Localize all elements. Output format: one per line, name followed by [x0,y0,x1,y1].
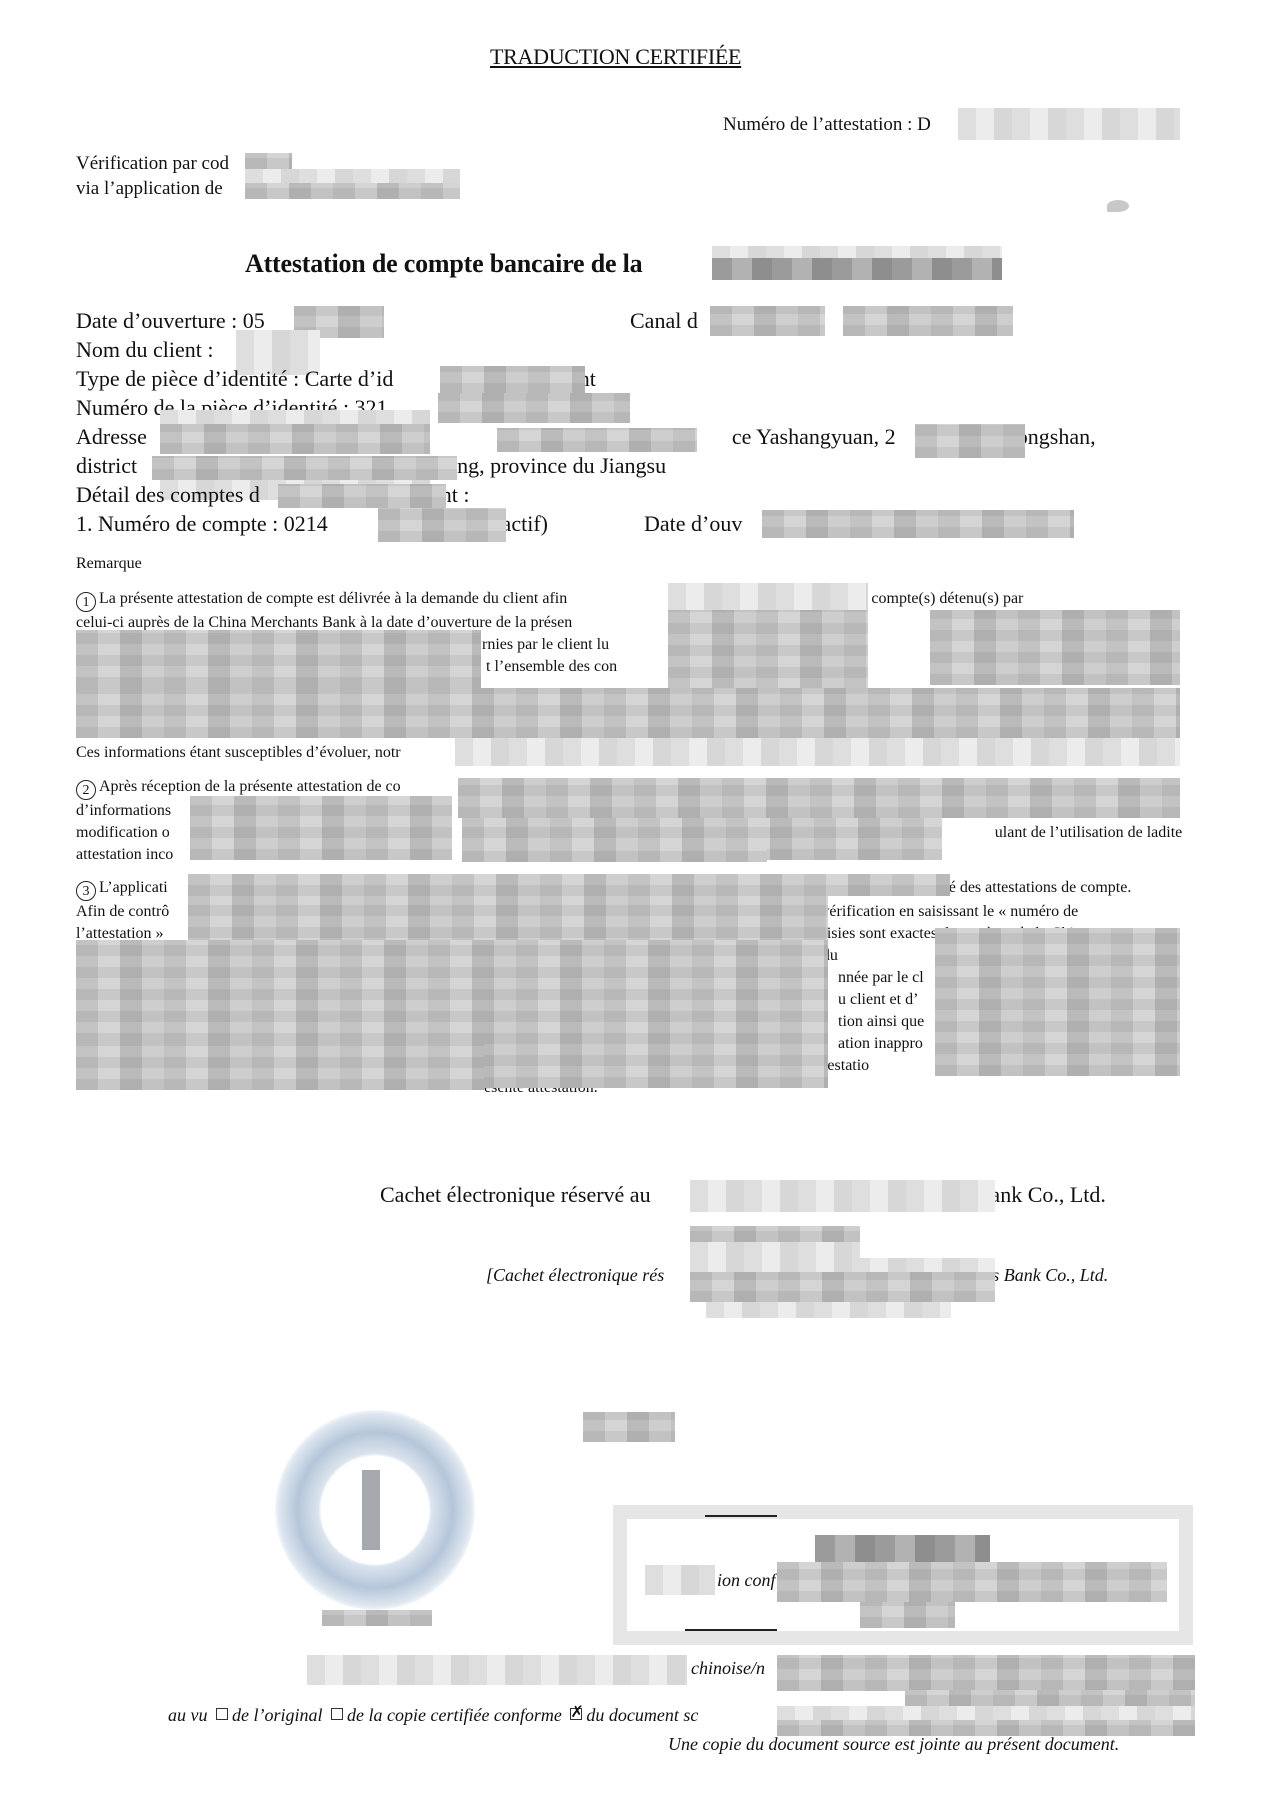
redaction-block [712,246,1002,258]
redaction-block [76,688,1180,738]
attestation-number: Numéro de l’attestation : D [723,114,931,136]
redaction-block [76,1040,484,1090]
seal-center-mark [362,1470,380,1550]
redaction-block [378,508,506,542]
redaction-block [958,108,1180,140]
remark-label: Remarque [76,555,142,573]
redaction-block [160,424,430,454]
source-options: au vu de l’original de la copie certifié… [168,1705,698,1726]
redaction-block [843,306,1013,336]
attachment-note: Une copie du document source est jointe … [668,1734,1119,1755]
redaction-block [930,610,1180,685]
checkbox-scan[interactable] [570,1708,582,1720]
checkbox-original[interactable] [216,1708,228,1720]
redaction-block [777,1562,1167,1602]
option-original-label: de l’original [232,1705,323,1725]
redaction-block [935,928,1180,1076]
redaction-block [190,796,452,860]
box-bottom-line [685,1629,777,1631]
redaction-block [438,393,630,423]
redaction-block [706,1302,951,1318]
redaction-block [762,510,1074,538]
redaction-block [76,630,481,688]
certification-box-text: ion conf [717,1570,776,1591]
redaction-block [160,410,430,424]
document-header-title: TRADUCTION CERTIFIÉE [490,44,741,70]
address-line2-suffix: ng, province du Jiangsu [457,453,666,478]
address-label: Adresse [76,424,147,449]
redaction-block [690,1258,995,1272]
remark-1-closing: Ces informations étant susceptibles d’év… [76,742,1180,764]
redaction-block [458,778,1180,818]
redaction-block [710,306,825,336]
redaction-block [668,610,868,700]
redaction-block [245,183,460,199]
remark-1-line-1: 1La présente attestation de compte est d… [76,588,1180,612]
redaction-block [462,840,767,862]
redaction-block [777,1655,1195,1691]
circled-number-1: 1 [76,592,96,612]
option-certified-copy-label: de la copie certifiée conforme [347,1705,562,1725]
id-type-prefix: Type de pièce d’identité : Carte d’id [76,366,393,391]
field-account-open-date: Date d’ouv [644,509,742,538]
redaction-block [690,1242,860,1258]
redaction-block [645,1565,715,1595]
document-title-prefix: Attestation de compte bancaire de la [245,249,642,278]
verification-line-2: via l’application de [76,176,229,201]
verification-info: Vérification par cod via l’application d… [76,151,229,201]
field-client-name: Nom du client : [76,335,213,364]
field-channel: Canal d [630,306,698,335]
redaction-block [690,1180,995,1212]
redaction-block [905,1690,1195,1706]
box-top-line [705,1515,777,1517]
language-text: chinoise/n [691,1658,765,1679]
redaction-block [815,1535,990,1563]
redaction-block [497,428,697,452]
redaction-block [690,1226,860,1242]
account-number-prefix: 1. Numéro de compte : 0214 [76,511,328,536]
redaction-block [322,1610,432,1626]
circled-number-2: 2 [76,780,96,800]
verification-line-1: Vérification par cod [76,151,229,176]
circled-number-3: 3 [76,881,96,901]
scan-artifact [1107,200,1129,212]
redaction-block [860,1602,955,1628]
redaction-block [690,1272,995,1302]
accounts-detail-prefix: Détail des comptes d [76,482,260,507]
source-prefix: au vu [168,1705,208,1725]
address-part-2: ce Yashangyuan, 2 [732,424,896,449]
redaction-block [245,153,292,169]
redaction-block [440,366,585,394]
option-scan-label: du document sc [586,1705,698,1725]
redaction-block [712,258,1002,280]
redaction-block [915,424,1025,458]
redaction-block [188,874,950,896]
redaction-block [307,1655,687,1685]
checkbox-certified-copy[interactable] [331,1708,343,1720]
redaction-block [278,484,446,508]
redaction-block [152,456,457,480]
redaction-block [583,1412,675,1442]
redaction-block [245,169,460,183]
address-line2-prefix: district [76,453,137,478]
